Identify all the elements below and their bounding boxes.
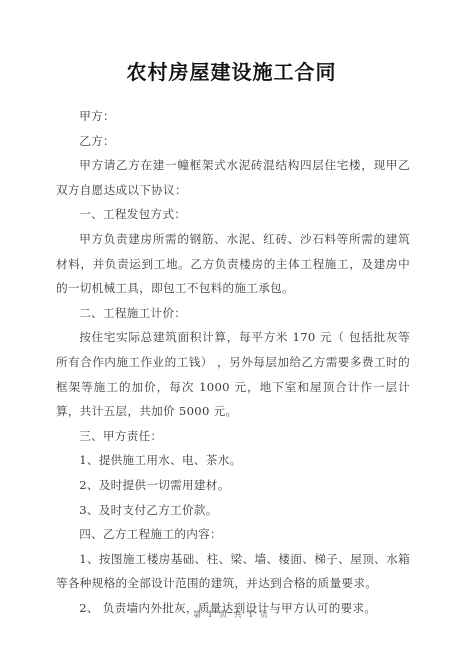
document-title: 农村房屋建设施工合同 [0,56,463,85]
section-3-item-3: 3、及时支付乙方工价款。 [56,498,410,523]
party-b-line: 乙方： [56,129,410,154]
section-heading-1: 一、工程发包方式： [56,202,410,227]
section-heading-2: 二、工程施工计价： [56,301,410,326]
section-1-paragraph: 甲方负责建房所需的钢筋、水泥、红砖、沙石料等所需的建筑材料，并负责运到工地。乙方… [56,227,410,301]
section-3-item-1: 1、提供施工用水、电、茶水。 [56,448,410,473]
document-body: 甲方： 乙方： 甲方请乙方在建一幢框架式水泥砖混结构四层住宅楼，现甲乙双方自愿达… [56,104,410,620]
section-heading-4: 四、乙方工程施工的内容： [56,522,410,547]
page-number-footer: 第 1 页 共 1 页 [0,609,463,620]
party-a-line: 甲方： [56,104,410,129]
section-2-paragraph: 按住宅实际总建筑面积计算，每平方米 170 元（ 包括批灰等所有合作内施工作业的… [56,325,410,423]
intro-paragraph: 甲方请乙方在建一幢框架式水泥砖混结构四层住宅楼，现甲乙双方自愿达成以下协议： [56,153,410,202]
section-4-item-1: 1、按图施工楼房基础、柱、梁、墙、楼面、梯子、屋顶、水箱等各种规格的全部设计范围… [56,547,410,596]
section-heading-3: 三、甲方责任： [56,424,410,449]
document-page: 农村房屋建设施工合同 甲方： 乙方： 甲方请乙方在建一幢框架式水泥砖混结构四层住… [0,0,463,655]
section-3-item-2: 2、及时提供一切需用建材。 [56,473,410,498]
